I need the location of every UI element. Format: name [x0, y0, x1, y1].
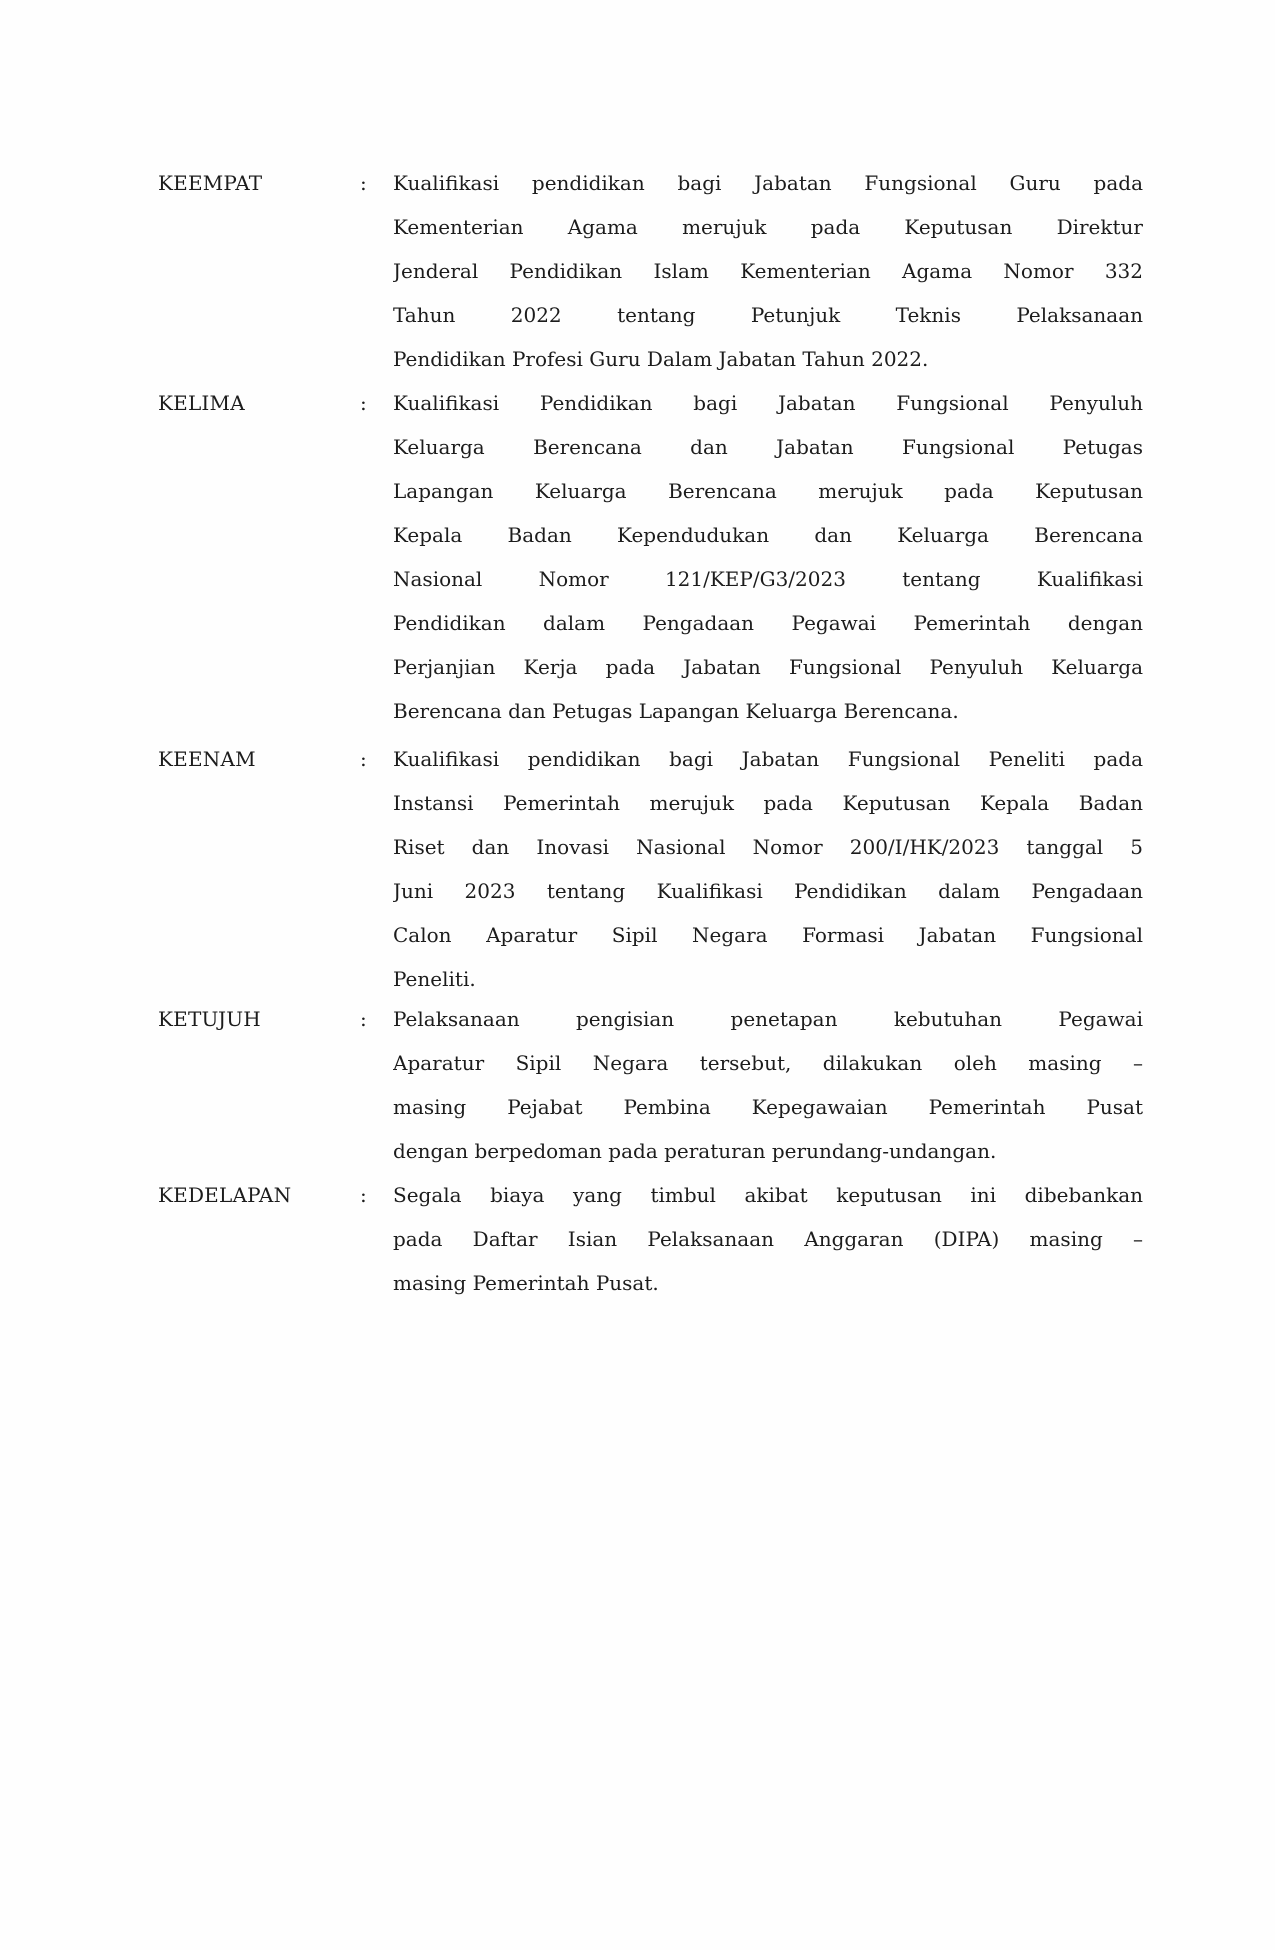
- clause-line: Jenderal Pendidikan Islam Kementerian Ag…: [393, 249, 1143, 293]
- clause-line: Aparatur Sipil Negara tersebut, dilakuka…: [393, 1041, 1143, 1085]
- clause-line: dengan berpedoman pada peraturan perunda…: [393, 1129, 1143, 1173]
- clause-label: KELIMA: [158, 381, 245, 425]
- clause-line: Pendidikan Profesi Guru Dalam Jabatan Ta…: [393, 337, 1143, 381]
- clause-line: masing Pejabat Pembina Kepegawaian Pemer…: [393, 1085, 1143, 1129]
- clause-body: Kualifikasi pendidikan bagi Jabatan Fung…: [393, 161, 1143, 381]
- clause-line: Calon Aparatur Sipil Negara Formasi Jaba…: [393, 913, 1143, 957]
- clause-line: Pelaksanaan pengisian penetapan kebutuha…: [393, 997, 1143, 1041]
- clause-line: Kualifikasi pendidikan bagi Jabatan Fung…: [393, 737, 1143, 781]
- clause-line: Pendidikan dalam Pengadaan Pegawai Pemer…: [393, 601, 1143, 645]
- document-page: KEEMPAT : Kualifikasi pendidikan bagi Ja…: [0, 0, 1275, 1950]
- clause-line: Peneliti.: [393, 957, 1143, 1001]
- clause-line: Perjanjian Kerja pada Jabatan Fungsional…: [393, 645, 1143, 689]
- clause-line: masing Pemerintah Pusat.: [393, 1261, 1143, 1305]
- clause-body: Kualifikasi pendidikan bagi Jabatan Fung…: [393, 737, 1143, 1001]
- clause-separator: :: [360, 1173, 367, 1217]
- clause-body: Kualifikasi Pendidikan bagi Jabatan Fung…: [393, 381, 1143, 733]
- clause-body: Segala biaya yang timbul akibat keputusa…: [393, 1173, 1143, 1305]
- clause-label: KEENAM: [158, 737, 256, 781]
- clause-separator: :: [360, 161, 367, 205]
- clause-separator: :: [360, 737, 367, 781]
- clause-line: Kualifikasi Pendidikan bagi Jabatan Fung…: [393, 381, 1143, 425]
- clause-line: Instansi Pemerintah merujuk pada Keputus…: [393, 781, 1143, 825]
- clause-line: Kualifikasi pendidikan bagi Jabatan Fung…: [393, 161, 1143, 205]
- clause-label: KEDELAPAN: [158, 1173, 291, 1217]
- clause-label: KETUJUH: [158, 997, 261, 1041]
- clause-line: Tahun 2022 tentang Petunjuk Teknis Pelak…: [393, 293, 1143, 337]
- clause-line: Segala biaya yang timbul akibat keputusa…: [393, 1173, 1143, 1217]
- clause-line: Kementerian Agama merujuk pada Keputusan…: [393, 205, 1143, 249]
- clause-line: Kepala Badan Kependudukan dan Keluarga B…: [393, 513, 1143, 557]
- clause-separator: :: [360, 381, 367, 425]
- clause-line: Nasional Nomor 121/KEP/G3/2023 tentang K…: [393, 557, 1143, 601]
- clause-separator: :: [360, 997, 367, 1041]
- clause-line: Keluarga Berencana dan Jabatan Fungsiona…: [393, 425, 1143, 469]
- clause-line: Juni 2023 tentang Kualifikasi Pendidikan…: [393, 869, 1143, 913]
- clause-label: KEEMPAT: [158, 161, 262, 205]
- clause-line: Lapangan Keluarga Berencana merujuk pada…: [393, 469, 1143, 513]
- clause-line: pada Daftar Isian Pelaksanaan Anggaran (…: [393, 1217, 1143, 1261]
- clause-line: Berencana dan Petugas Lapangan Keluarga …: [393, 689, 1143, 733]
- clause-line: Riset dan Inovasi Nasional Nomor 200/I/H…: [393, 825, 1143, 869]
- clause-body: Pelaksanaan pengisian penetapan kebutuha…: [393, 997, 1143, 1173]
